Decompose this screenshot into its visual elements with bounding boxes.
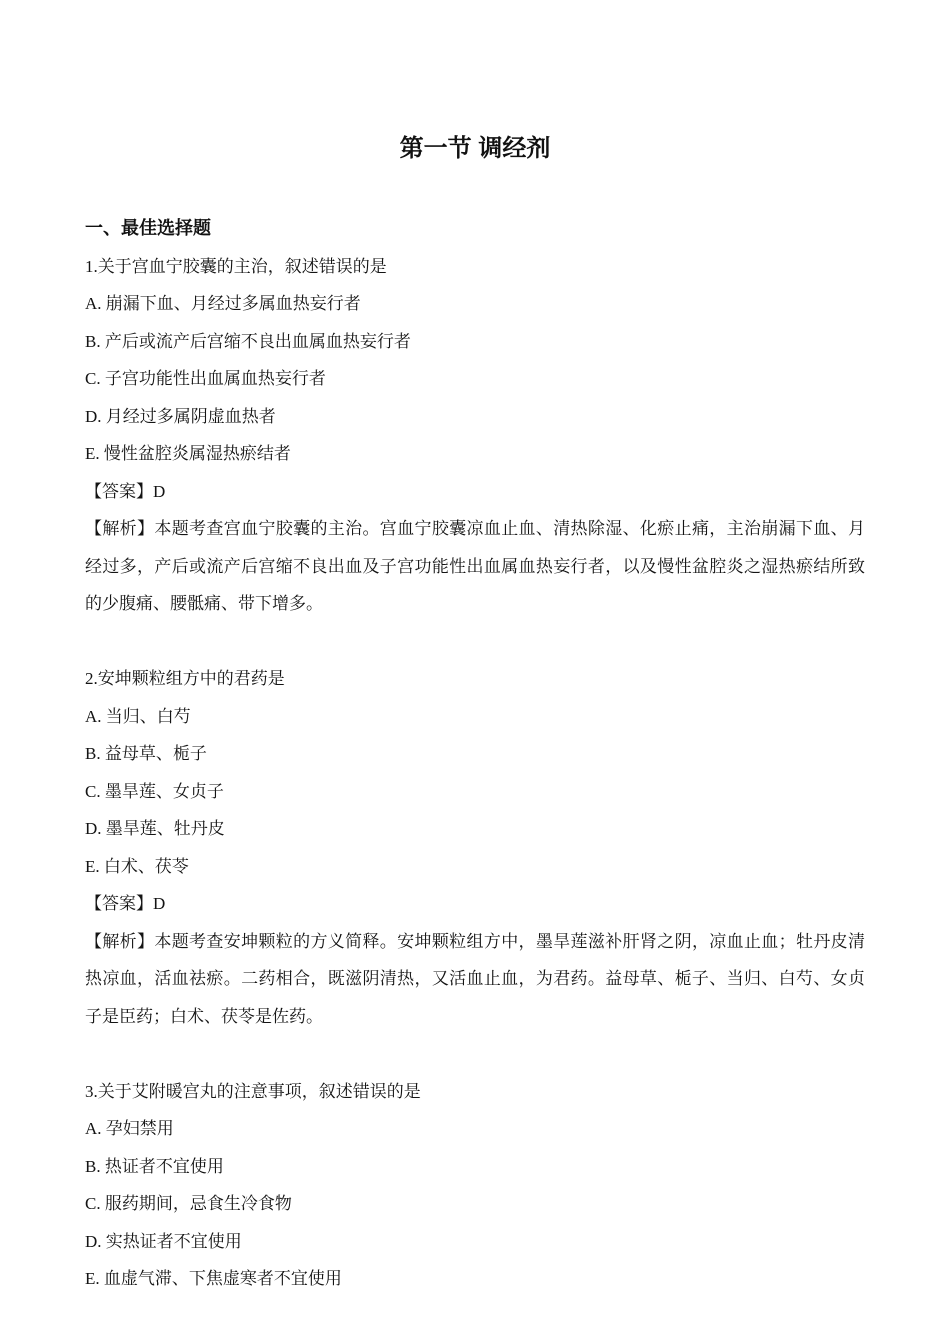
page-title: 第一节 调经剂 bbox=[85, 128, 865, 170]
analysis-label: 【解析】 bbox=[85, 932, 154, 951]
analysis-paragraph: 【解析】本题考查宫血宁胶囊的主治。宫血宁胶囊凉血止血、清热除湿、化瘀止痛，主治崩… bbox=[85, 510, 865, 623]
question-block-1: 1.关于宫血宁胶囊的主治，叙述错误的是 A. 崩漏下血、月经过多属血热妄行者 B… bbox=[85, 248, 865, 623]
question-stem: 3.关于艾附暖宫丸的注意事项，叙述错误的是 bbox=[85, 1073, 865, 1111]
option-item: E. 血虚气滞、下焦虚寒者不宜使用 bbox=[85, 1260, 865, 1298]
analysis-text: 本题考查宫血宁胶囊的主治。宫血宁胶囊凉血止血、清热除湿、化瘀止痛，主治崩漏下血、… bbox=[85, 519, 865, 613]
analysis-text: 本题考查安坤颗粒的方义简释。安坤颗粒组方中，墨旱莲滋补肝肾之阴，凉血止血；牡丹皮… bbox=[85, 932, 865, 1026]
document-page: 第一节 调经剂 一、最佳选择题 1.关于宫血宁胶囊的主治，叙述错误的是 A. 崩… bbox=[0, 0, 950, 1344]
option-item: A. 孕妇禁用 bbox=[85, 1110, 865, 1148]
question-block-3: 3.关于艾附暖宫丸的注意事项，叙述错误的是 A. 孕妇禁用 B. 热证者不宜使用… bbox=[85, 1073, 865, 1298]
question-stem: 2.安坤颗粒组方中的君药是 bbox=[85, 660, 865, 698]
answer-value: D bbox=[153, 482, 165, 501]
answer-label: 【答案】 bbox=[85, 894, 153, 913]
answer-line: 【答案】D bbox=[85, 473, 865, 511]
option-item: C. 子宫功能性出血属血热妄行者 bbox=[85, 360, 865, 398]
option-item: B. 热证者不宜使用 bbox=[85, 1148, 865, 1186]
question-stem: 1.关于宫血宁胶囊的主治，叙述错误的是 bbox=[85, 248, 865, 286]
option-item: D. 墨旱莲、牡丹皮 bbox=[85, 810, 865, 848]
answer-label: 【答案】 bbox=[85, 482, 153, 501]
option-item: D. 实热证者不宜使用 bbox=[85, 1223, 865, 1261]
option-item: B. 益母草、栀子 bbox=[85, 735, 865, 773]
option-item: D. 月经过多属阴虚血热者 bbox=[85, 398, 865, 436]
option-item: A. 当归、白芍 bbox=[85, 698, 865, 736]
answer-value: D bbox=[153, 894, 165, 913]
option-item: A. 崩漏下血、月经过多属血热妄行者 bbox=[85, 285, 865, 323]
question-block-2: 2.安坤颗粒组方中的君药是 A. 当归、白芍 B. 益母草、栀子 C. 墨旱莲、… bbox=[85, 660, 865, 1035]
option-item: B. 产后或流产后宫缩不良出血属血热妄行者 bbox=[85, 323, 865, 361]
answer-line: 【答案】D bbox=[85, 885, 865, 923]
analysis-label: 【解析】 bbox=[85, 519, 154, 538]
analysis-paragraph: 【解析】本题考查安坤颗粒的方义简释。安坤颗粒组方中，墨旱莲滋补肝肾之阴，凉血止血… bbox=[85, 923, 865, 1036]
option-item: C. 墨旱莲、女贞子 bbox=[85, 773, 865, 811]
option-item: E. 白术、茯苓 bbox=[85, 848, 865, 886]
option-item: E. 慢性盆腔炎属湿热瘀结者 bbox=[85, 435, 865, 473]
section-heading: 一、最佳选择题 bbox=[85, 210, 865, 248]
option-item: C. 服药期间，忌食生冷食物 bbox=[85, 1185, 865, 1223]
